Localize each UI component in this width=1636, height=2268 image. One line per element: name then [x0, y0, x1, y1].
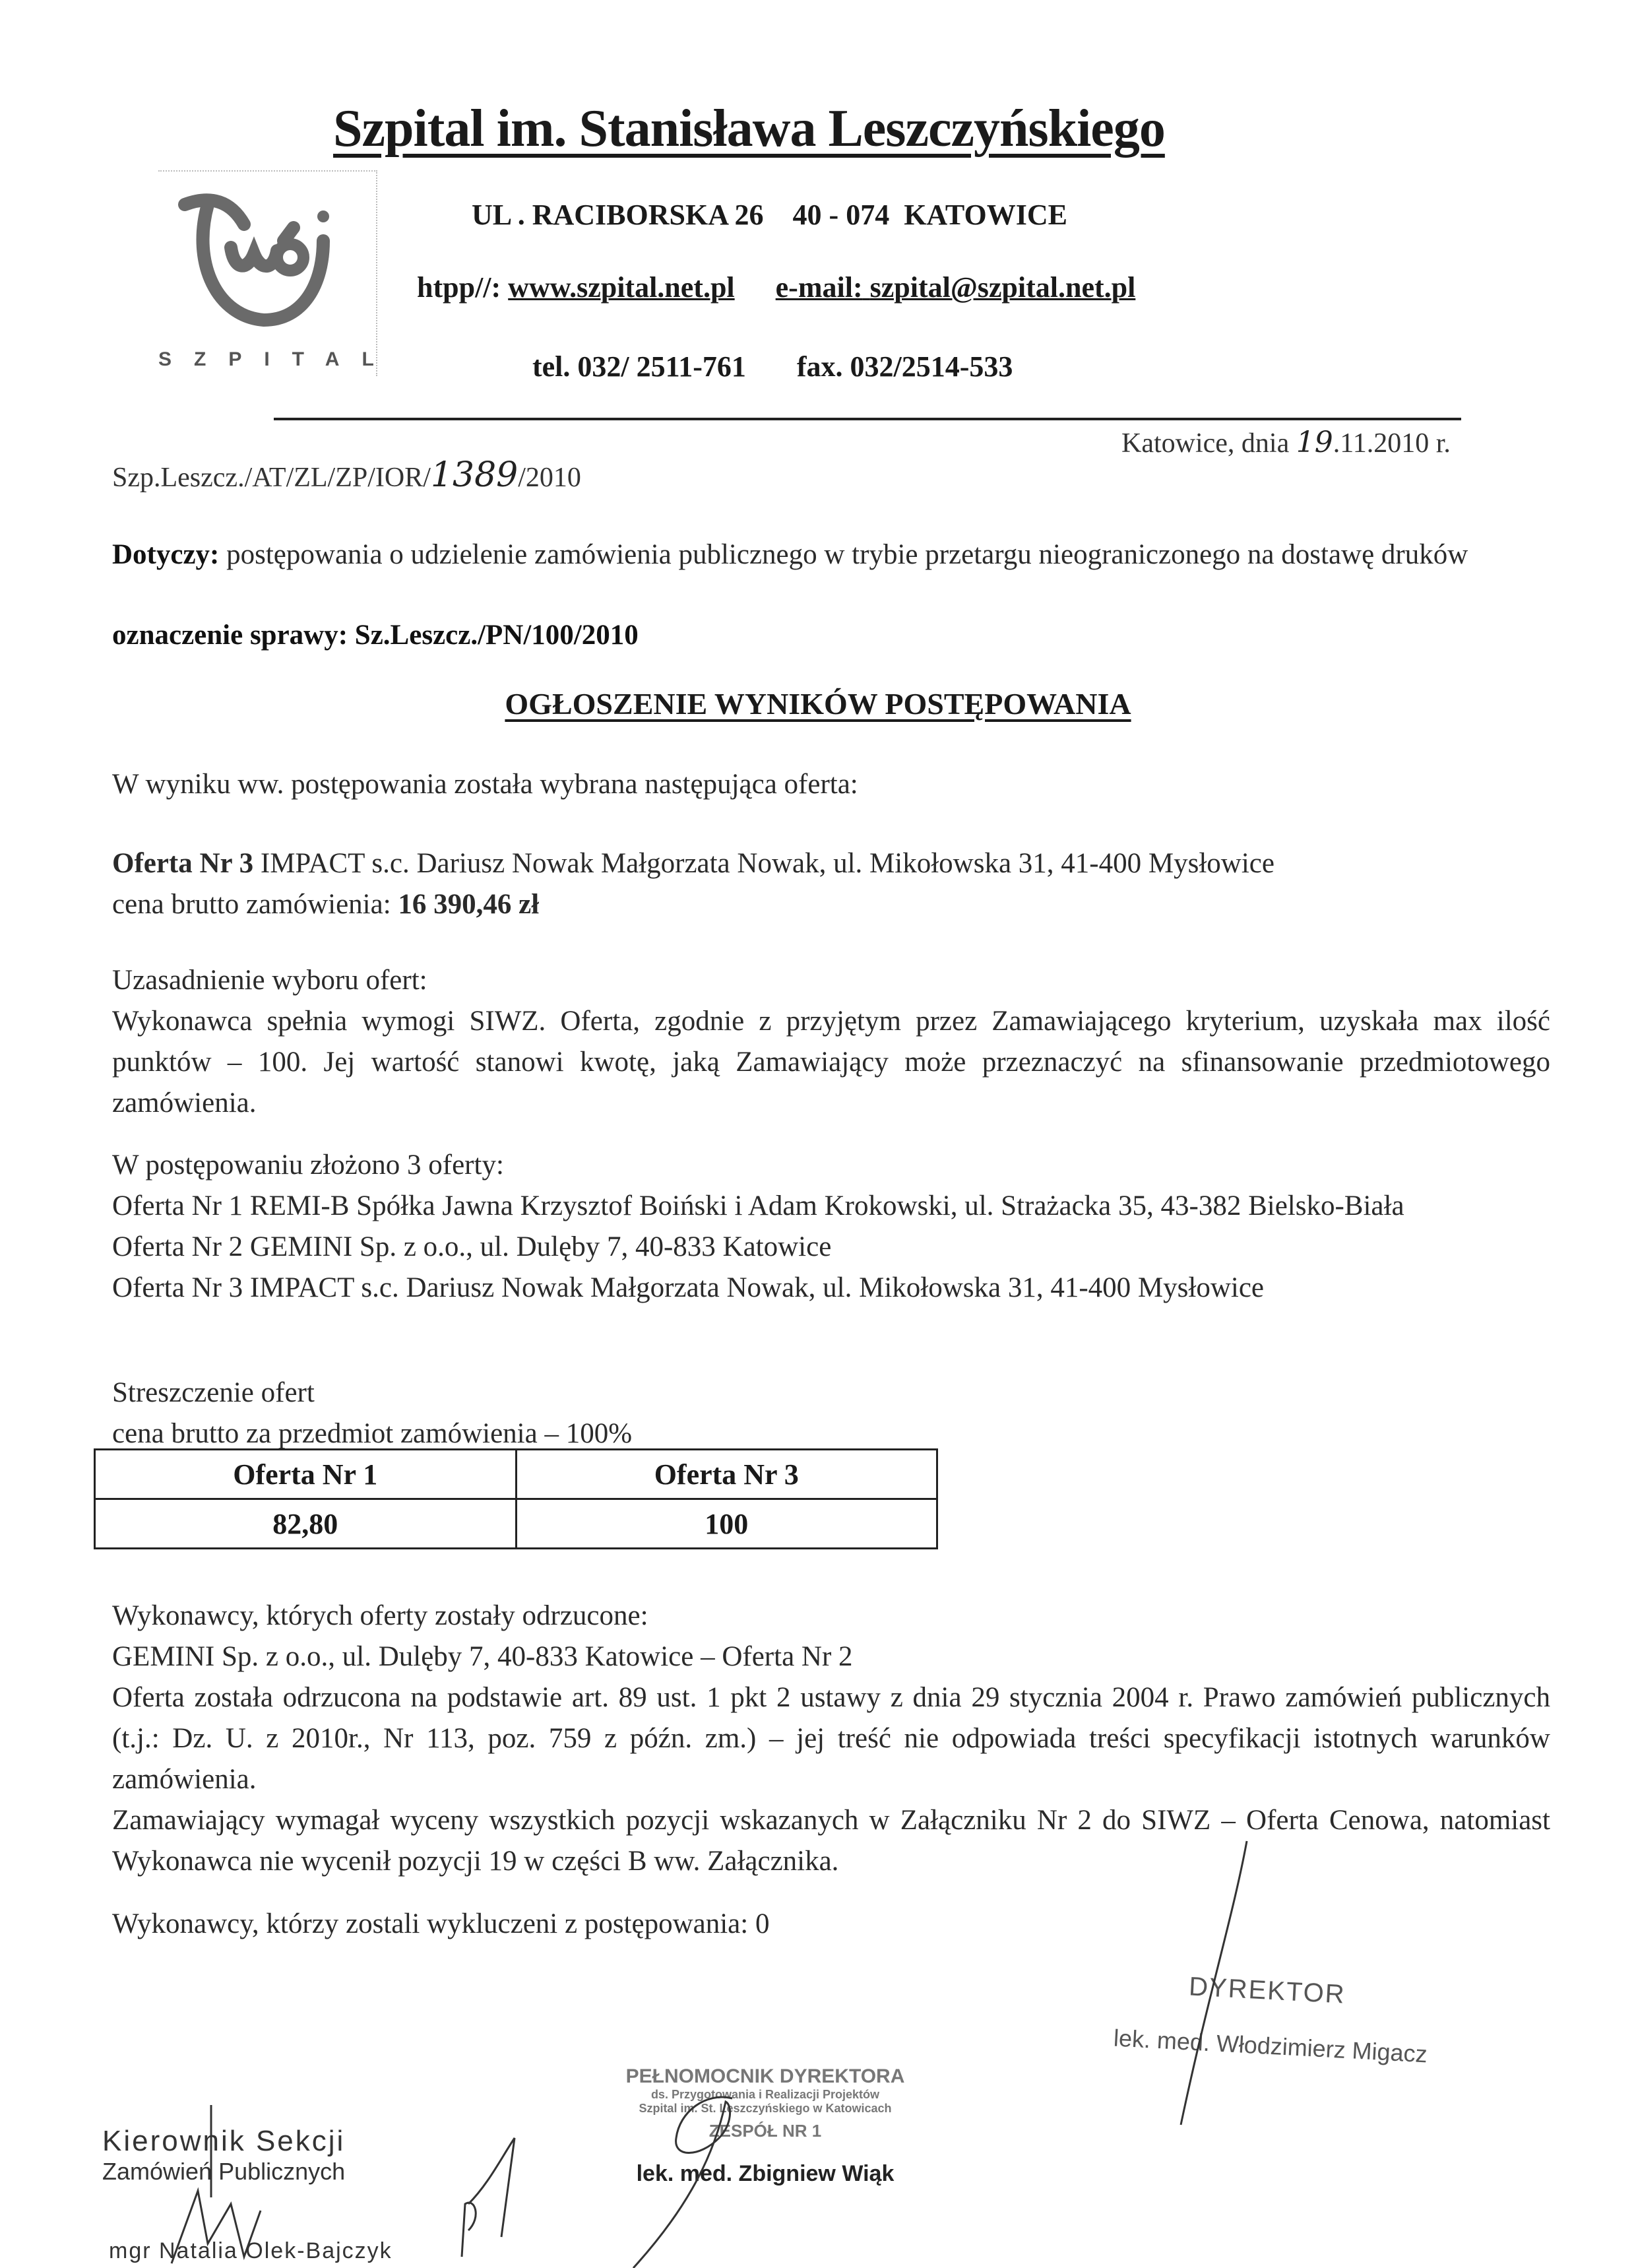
reference-suffix: /2010	[518, 463, 581, 493]
rejected-detail: Zamawiający wymagał wyceny wszystkich po…	[112, 1800, 1550, 1882]
email-link[interactable]: e-mail: szpital@szpital.net.pl	[776, 271, 1136, 304]
selected-offer: Oferta Nr 3 IMPACT s.c. Dariusz Nowak Ma…	[112, 843, 1550, 925]
selected-price-label: cena brutto zamówienia:	[112, 889, 398, 920]
handwritten-day: 19	[1296, 426, 1333, 459]
rejected-company: GEMINI Sp. z o.o., ul. Dulęby 7, 40-833 …	[112, 1636, 1550, 1677]
summary-table: Oferta Nr 1 Oferta Nr 3 82,80 100	[94, 1448, 938, 1549]
email-address: szpital@szpital.net.pl	[870, 271, 1136, 304]
rejected-reason: Oferta została odrzucona na podstawie ar…	[112, 1677, 1550, 1800]
stamp-line-1: PEŁNOMOCNIK DYREKTORA	[581, 2065, 950, 2088]
subject-block: Dotyczy: postępowania o udzielenie zamów…	[112, 535, 1547, 575]
logo-wordmark: SZPITAL	[158, 348, 383, 371]
selected-offer-details: IMPACT s.c. Dariusz Nowak Małgorzata Now…	[253, 848, 1274, 879]
justification-title: Uzasadnienie wyboru ofert:	[112, 960, 1550, 1001]
offers-block: W postępowaniu złożono 3 oferty: Oferta …	[112, 1145, 1550, 1309]
date-suffix: .11.2010 r.	[1333, 428, 1451, 459]
selected-offer-label: Oferta Nr 3	[112, 848, 253, 879]
offers-title: W postępowaniu złożono 3 oferty:	[112, 1145, 1550, 1186]
fax: fax. 032/2514-533	[797, 350, 1013, 383]
rejected-block: Wykonawcy, których oferty zostały odrzuc…	[112, 1596, 1550, 1882]
summary-block: Streszczenie ofert cena brutto za przedm…	[112, 1373, 632, 1454]
twoj-smile-logo-icon	[165, 185, 343, 337]
reference-prefix: Szp.Leszcz./AT/ZL/ZP/IOR/	[112, 463, 431, 493]
justification-text: Wykonawca spełnia wymogi SIWZ. Oferta, z…	[112, 1001, 1550, 1124]
hospital-phone-fax: tel. 032/ 2511-761 fax. 032/2514-533	[532, 350, 1013, 383]
subject-label: Dotyczy:	[112, 539, 219, 570]
table-cell: 100	[516, 1499, 937, 1549]
hospital-name-heading: Szpital im. Stanisława Leszczyńskiego	[333, 99, 1165, 159]
selected-intro: W wyniku ww. postępowania została wybran…	[112, 764, 1550, 805]
table-cell: 82,80	[95, 1499, 517, 1549]
plenipotentiary-signature	[627, 2085, 792, 2268]
table-header-cell: Oferta Nr 1	[95, 1450, 517, 1499]
document-date: Katowice, dnia 19.11.2010 r.	[1121, 426, 1451, 459]
case-reference: oznaczenie sprawy: Sz.Leszcz./PN/100/201…	[112, 615, 639, 656]
case-label: oznaczenie sprawy: Sz.Leszcz./PN/100/201…	[112, 620, 639, 651]
director-name: lek. med. Włodzimierz Migacz	[1113, 2025, 1428, 2069]
hospital-contact-web: htpp//: www.szpital.net.pl e-mail: szpit…	[417, 271, 1135, 304]
header-divider	[274, 418, 1461, 420]
email-label: e-mail:	[776, 271, 863, 304]
excluded-statement: Wykonawcy, którzy zostali wykluczeni z p…	[112, 1904, 1550, 1945]
handwritten-reference-number: 1389	[431, 455, 518, 495]
rejected-title: Wykonawcy, których oferty zostały odrzuc…	[112, 1596, 1550, 1636]
section-head-signature	[145, 2105, 541, 2268]
offer-item-1: Oferta Nr 1 REMI-B Spółka Jawna Krzyszto…	[112, 1186, 1550, 1227]
subject-text: postępowania o udzielenie zamówienia pub…	[226, 539, 1468, 570]
website-link[interactable]: www.szpital.net.pl	[508, 271, 734, 304]
table-header-cell: Oferta Nr 3	[516, 1450, 937, 1499]
offer-item-3: Oferta Nr 3 IMPACT s.c. Dariusz Nowak Ma…	[112, 1268, 1550, 1309]
hospital-logo: SZPITAL	[158, 170, 377, 376]
table-row: 82,80 100	[95, 1499, 937, 1549]
justification-block: Uzasadnienie wyboru ofert: Wykonawca spe…	[112, 960, 1550, 1124]
offer-item-2: Oferta Nr 2 GEMINI Sp. z o.o., ul. Dulęb…	[112, 1227, 1550, 1268]
director-signature	[1168, 1834, 1260, 2131]
date-prefix: Katowice, dnia	[1121, 428, 1296, 459]
document-reference: Szp.Leszcz./AT/ZL/ZP/IOR/1389/2010	[112, 455, 581, 495]
telephone: tel. 032/ 2511-761	[532, 350, 746, 383]
selected-price-value: 16 390,46 zł	[398, 889, 539, 920]
table-header-row: Oferta Nr 1 Oferta Nr 3	[95, 1450, 937, 1499]
director-stamp: DYREKTOR lek. med. Włodzimierz Migacz	[1113, 1968, 1431, 2069]
web-prefix: htpp//:	[417, 271, 501, 304]
announcement-title: OGŁOSZENIE WYNIKÓW POSTĘPOWANIA	[0, 686, 1636, 721]
summary-title: Streszczenie ofert	[112, 1373, 632, 1413]
hospital-address: UL . RACIBORSKA 26 40 - 074 KATOWICE	[472, 198, 1067, 232]
